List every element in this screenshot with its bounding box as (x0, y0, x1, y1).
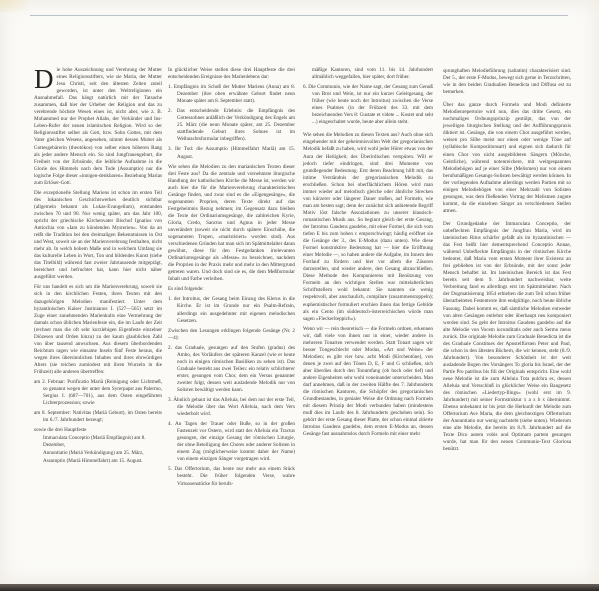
column-3: mäßige Kantoren, sind vom 11. bis 14. Ja… (303, 67, 433, 441)
main-feast-item: Assumptio (Mariä Himmelfahrt) am 15. Aug… (34, 458, 162, 465)
proper-item: 2. das Graduale, gesungen auf den Stufen… (168, 345, 295, 394)
event-item: 2. Das entscheidende Erlebnis: die Empfä… (168, 108, 295, 143)
top-rule (30, 15, 568, 16)
proper-item: 6. Die Communio, wie der Name sagt, der … (303, 84, 433, 126)
document-page: Die hohe Auszeichnung und Verehrung der … (0, 0, 599, 584)
main-feast-item: Annuntiatio (Mariä Verkündigung) am 25. … (34, 450, 162, 457)
drop-cap: D (34, 68, 54, 90)
paragraph: Für uns handelt es sich um die Marienver… (34, 284, 162, 376)
event-item: 1. Empfängnis im Schoß der Mutter Marien… (168, 84, 295, 105)
proper-item: 3. Ähnlich gebaut ist das Alleluia, bei … (168, 397, 295, 418)
column-2: In glücklicher Weise stellen diese drei … (168, 67, 295, 491)
proper-item: 5. Das Offertorium, das heute nur mehr a… (168, 466, 295, 487)
proper-item-continued: mäßige Kantoren, sind vom 11. bis 14. Ja… (303, 67, 433, 81)
paragraph: Über das ganze durch Formeln und Modi de… (443, 102, 571, 215)
paragraph: In glücklicher Weise stellen diese drei … (168, 67, 295, 81)
main-feast-item: Immaculata Conceptio (Mariä Empfängnis) … (34, 435, 162, 449)
column-1: Die hohe Auszeichnung und Verehrung der … (34, 67, 162, 469)
paragraph: Wenn wir — rein theoretisch — die Formel… (303, 326, 433, 439)
paragraph: Die exzeptionelle Stellung Mariens ist s… (34, 190, 162, 282)
feast-item: am 2. Februar: Purificatio Mariä (Reinig… (34, 379, 162, 407)
paragraph: Zwischen den Lesungen erklingen folgende… (168, 328, 295, 342)
paragraph: sprunghaften Melodieführung (saltatim) c… (443, 68, 571, 96)
page-stain (0, 0, 28, 12)
proper-item: 4. An Tagen der Trauer oder Buße, so in … (168, 421, 295, 463)
event-item: 3. Ihr Tod: die Assumptio (Himmelfahrt M… (168, 146, 295, 160)
proper-item: 1. der Introitus, der Gesang beim Einzug… (168, 296, 295, 324)
paragraph: Der Grundgedanke der Immaculata Concepti… (443, 221, 571, 454)
main-feasts-intro: sowie die drei Hauptfeste (34, 427, 162, 434)
column-4: sprunghaften Melodieführung (saltatim) c… (443, 23, 571, 456)
intro-paragraph: Die hohe Auszeichnung und Verehrung der … (34, 67, 162, 187)
feast-item: am 8. September: Nativitas (Mariä Geburt… (34, 410, 162, 424)
page-bottom-edge (0, 584, 599, 591)
paragraph: Wie sehen die Melodien zu diesen Texten … (303, 132, 433, 322)
paragraph: Wie sehen die Melodien zu den marianisch… (168, 164, 295, 284)
paragraph: Es sind folgende: (168, 286, 295, 293)
